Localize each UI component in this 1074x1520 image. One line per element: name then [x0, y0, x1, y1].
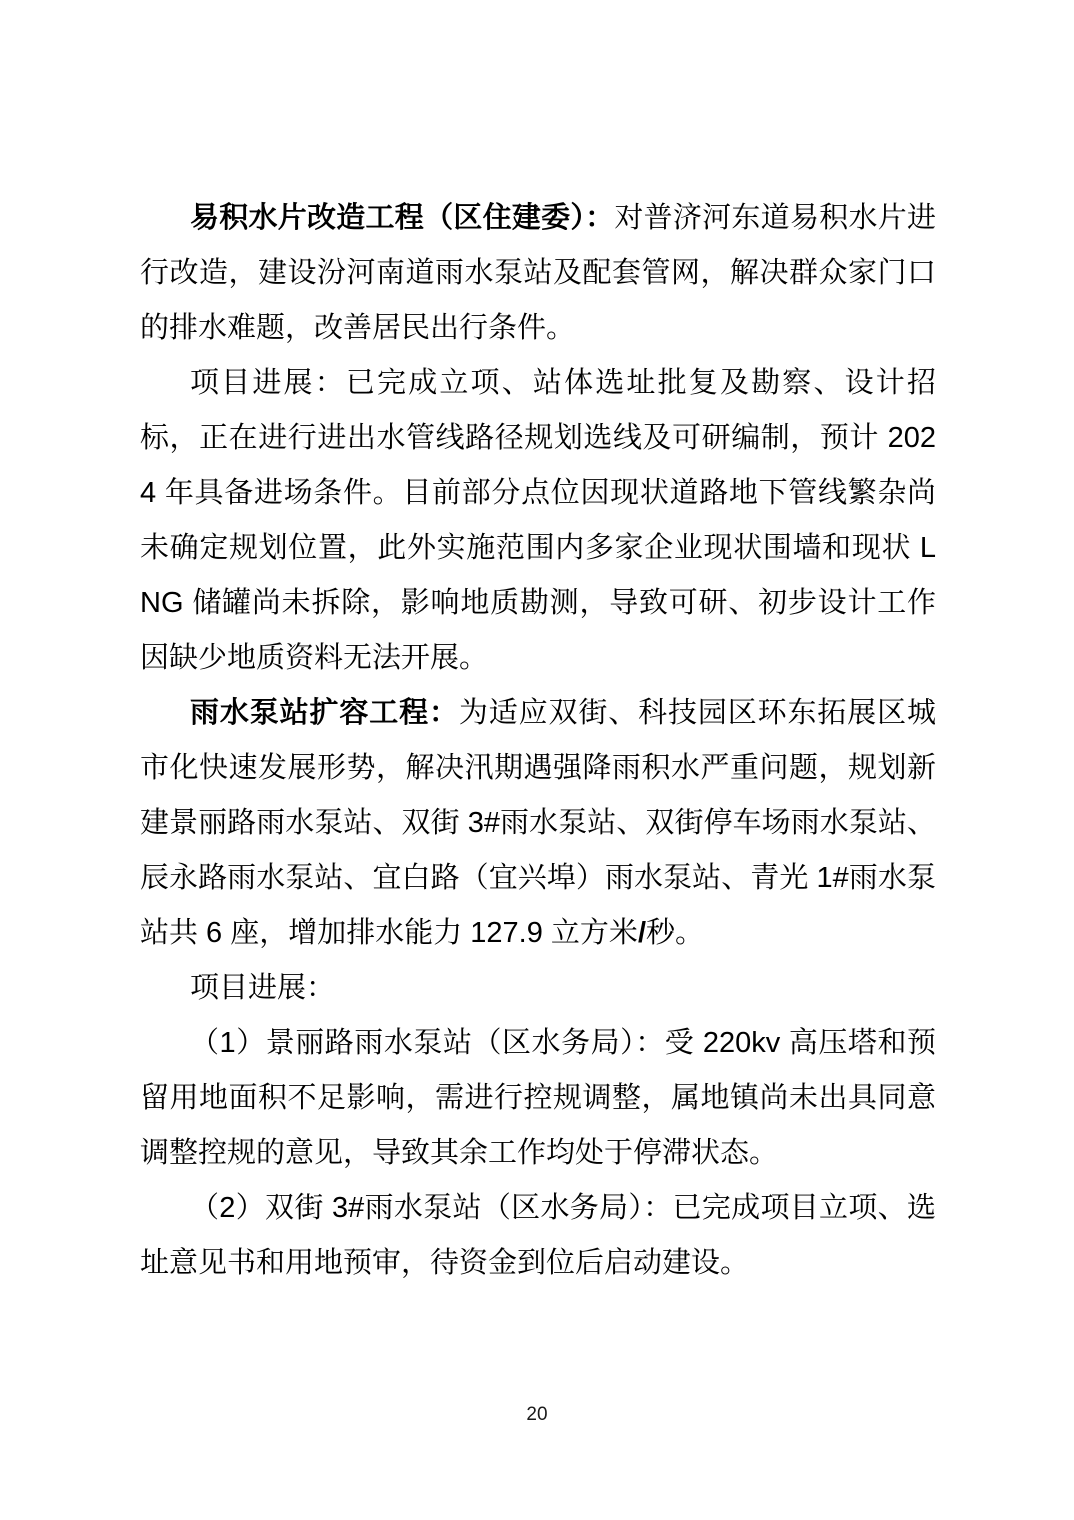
paragraph-project-progress-1: 项目进展：已完成立项、站体选址批复及勘察、设计招标，正在进行进出水管线路径规划选… — [140, 356, 936, 686]
paragraph-item-1-jingli-road-pump-station: （1）景丽路雨水泵站（区水务局）：受 220kv 高压塔和预留用地面积不足影响，… — [140, 1016, 936, 1181]
paragraph-item-2-shuangjie-3-pump-station: （2）双街 3#雨水泵站（区水务局）：已完成项目立项、选址意见书和用地预审，待资… — [140, 1181, 936, 1291]
document-page: 易积水片改造工程（区住建委）：对普济河东道易积水片进行改造，建设汾河南道雨水泵站… — [0, 0, 1074, 1520]
paragraph-text: 为适应双街、科技园区环东拓展区城市化快速发展形势，解决汛期遇强降雨积水严重问题，… — [140, 697, 936, 949]
paragraph-text: 项目进展：已完成立项、站体选址批复及勘察、设计招标，正在进行进出水管线路径规划选… — [140, 367, 936, 674]
page-number: 20 — [0, 1400, 1074, 1430]
paragraph-pump-station-expansion-project: 雨水泵站扩容工程：为适应双街、科技园区环东拓展区城市化快速发展形势，解决汛期遇强… — [140, 686, 936, 961]
paragraph-text: 项目进展： — [190, 972, 335, 1004]
paragraph-text: 秒。 — [646, 917, 704, 949]
paragraph-flood-area-renovation-project: 易积水片改造工程（区住建委）：对普济河东道易积水片进行改造，建设汾河南道雨水泵站… — [140, 191, 936, 356]
section-heading-pump-station-expansion: 雨水泵站扩容工程： — [190, 697, 459, 729]
paragraph-project-progress-2-label: 项目进展： — [140, 961, 936, 1016]
document-body: 易积水片改造工程（区住建委）：对普济河东道易积水片进行改造，建设汾河南道雨水泵站… — [140, 191, 936, 1291]
paragraph-text: （1）景丽路雨水泵站（区水务局）：受 220kv 高压塔和预留用地面积不足影响，… — [140, 1027, 936, 1169]
paragraph-text-bold-slash: / — [638, 917, 646, 949]
paragraph-text: （2）双街 3#雨水泵站（区水务局）：已完成项目立项、选址意见书和用地预审，待资… — [140, 1192, 936, 1279]
section-heading-flood-area-renovation: 易积水片改造工程（区住建委）： — [190, 202, 614, 234]
